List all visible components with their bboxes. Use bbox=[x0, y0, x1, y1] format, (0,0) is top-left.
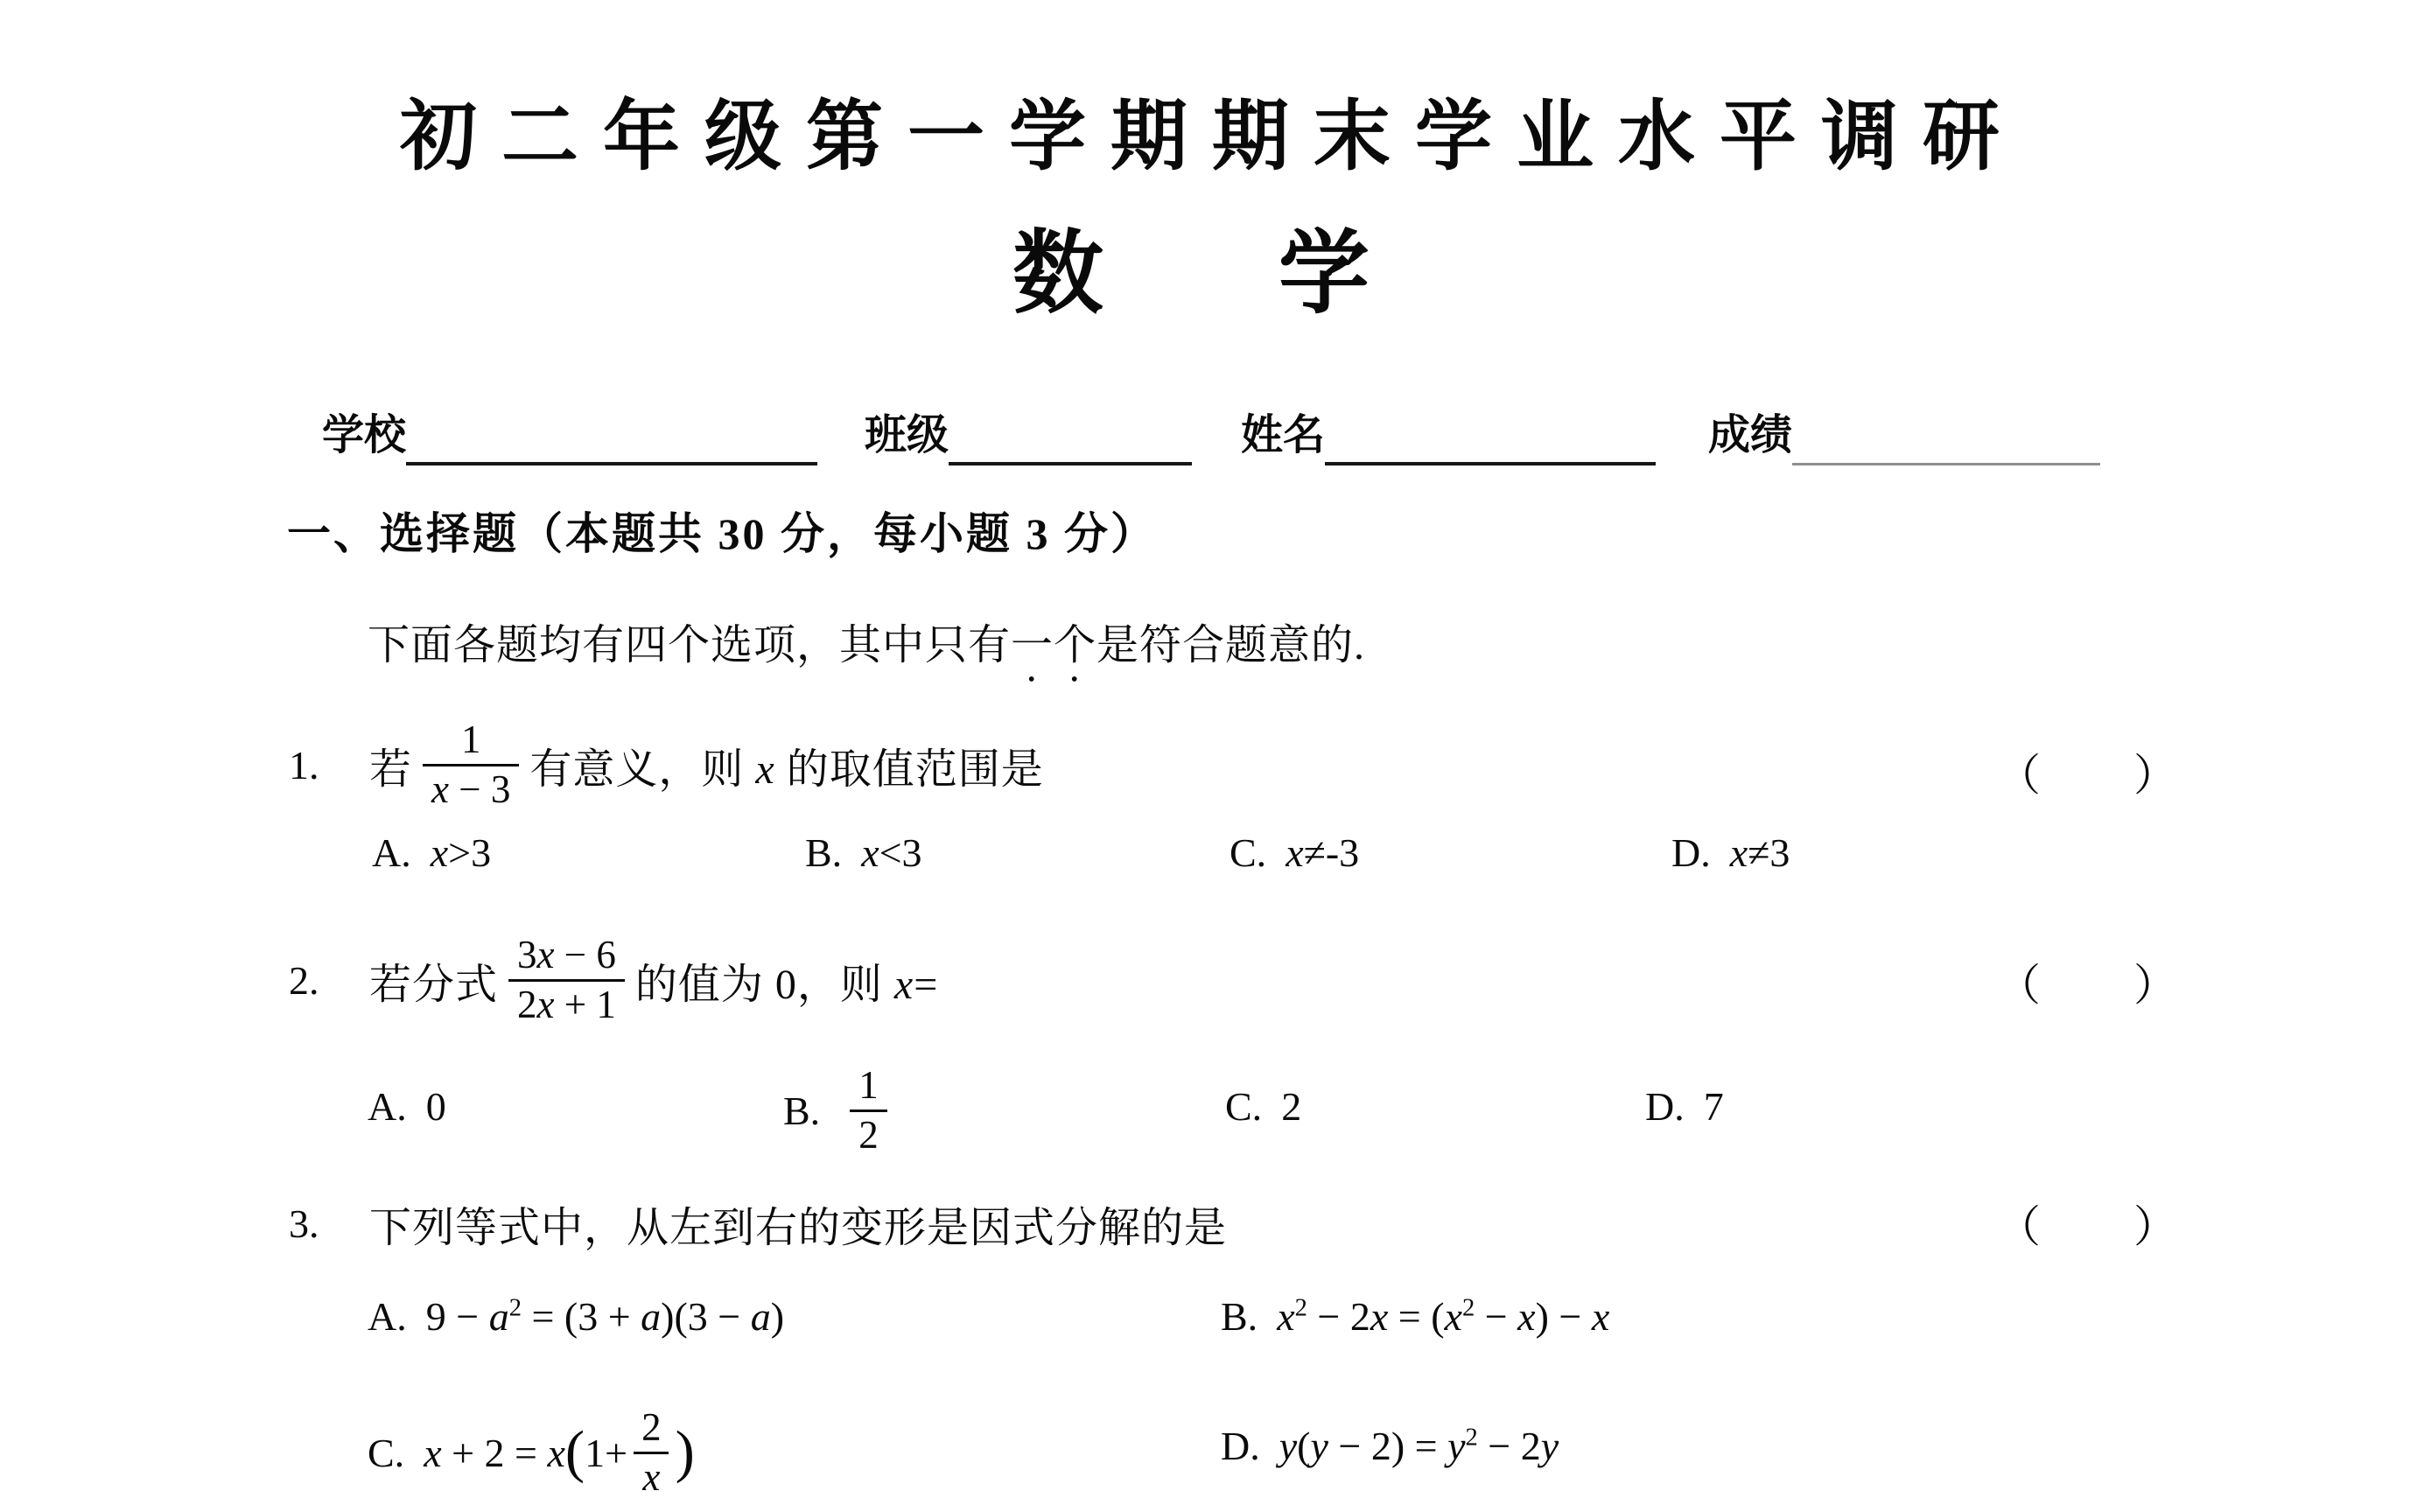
question-3-option-c[interactable]: C. x + 2 = x ( 1+ 2 x ) bbox=[368, 1393, 695, 1512]
question-1-answer-blank[interactable]: （ ） bbox=[1997, 740, 2179, 803]
instruction-pre: 下面各题均有四个选项，其中只有 bbox=[368, 622, 1011, 668]
option-value: y(y − 2) = y2 − 2y bbox=[1279, 1423, 1559, 1469]
question-2-option-c[interactable]: C. 2 bbox=[1225, 1083, 1301, 1130]
fraction-numerator: 1 bbox=[850, 1062, 887, 1109]
score-label: 成绩 bbox=[1708, 406, 1792, 465]
question-1-option-a[interactable]: A. x>3 bbox=[372, 829, 491, 876]
question-2-option-d[interactable]: D. 7 bbox=[1645, 1083, 1724, 1130]
fraction-denominator: x − 3 bbox=[423, 764, 519, 813]
option-value: x<3 bbox=[861, 829, 921, 876]
fraction: 1 2 bbox=[850, 1062, 887, 1158]
option-value: 0 bbox=[426, 1083, 446, 1130]
option-label: A. bbox=[368, 1083, 407, 1130]
question-3-stem-text: 下列等式中，从左到右的变形是因式分解的是 bbox=[369, 1193, 1227, 1254]
option-value: 9 − a2 = (3 + a)(3 − a) bbox=[426, 1293, 784, 1340]
fraction-denominator: 2 bbox=[850, 1109, 887, 1158]
school-blank-line[interactable] bbox=[406, 406, 817, 465]
fraction: 2 x bbox=[633, 1404, 670, 1500]
option-value: x≠3 bbox=[1730, 829, 1790, 876]
question-3-answer-blank[interactable]: （ ） bbox=[1997, 1192, 2179, 1255]
option-label: B. bbox=[1221, 1293, 1258, 1340]
instruction-emphasis: 一个 bbox=[1011, 622, 1096, 668]
question-1-stem: 1. 若 1 x − 3 有意义，则 x 的取值范围是 bbox=[289, 698, 1044, 831]
option-value-pre: x + 2 = x bbox=[424, 1430, 565, 1476]
exam-title: 初二年级第一学期期末学业水平调研 bbox=[0, 75, 2424, 185]
option-label: D. bbox=[1671, 829, 1711, 876]
question-2-stem-post: 的值为 0，则 x= bbox=[635, 950, 938, 1011]
class-field: 班级 bbox=[865, 401, 1192, 465]
question-1-number: 1. bbox=[289, 742, 369, 788]
subject-title: 数 学 bbox=[0, 199, 2424, 331]
question-1-stem-post: 有意义，则 x 的取值范围是 bbox=[529, 735, 1043, 795]
name-field: 姓名 bbox=[1241, 401, 1656, 465]
question-1-option-c[interactable]: C. x≠-3 bbox=[1230, 829, 1359, 876]
fraction-numerator: 1 bbox=[452, 717, 490, 763]
school-label: 学校 bbox=[322, 406, 406, 465]
question-2-option-a[interactable]: A. 0 bbox=[368, 1083, 446, 1130]
fraction: 3x − 6 2x + 1 bbox=[508, 932, 625, 1027]
question-1-option-b[interactable]: B. x<3 bbox=[805, 829, 922, 876]
instruction-line: 下面各题均有四个选项，其中只有一个是符合题意的. bbox=[368, 611, 1365, 691]
option-value: x≠-3 bbox=[1286, 829, 1359, 876]
option-label: B. bbox=[805, 829, 842, 876]
class-label: 班级 bbox=[865, 406, 949, 465]
option-label: A. bbox=[368, 1293, 407, 1340]
school-field: 学校 bbox=[322, 401, 817, 465]
question-1-stem-pre: 若 bbox=[369, 735, 412, 795]
fraction-numerator: 2 bbox=[633, 1404, 670, 1451]
option-value: 7 bbox=[1704, 1083, 1724, 1130]
option-label: D. bbox=[1645, 1083, 1685, 1130]
question-2-option-b[interactable]: B. 1 2 bbox=[783, 1054, 898, 1166]
option-label: B. bbox=[783, 1088, 820, 1134]
question-2-number: 2. bbox=[289, 957, 369, 1004]
question-1-option-d[interactable]: D. x≠3 bbox=[1671, 829, 1790, 876]
fraction-numerator: 3x − 6 bbox=[508, 932, 625, 978]
fraction: 1 x − 3 bbox=[423, 717, 519, 812]
score-blank-line[interactable] bbox=[1792, 407, 2100, 465]
option-label: D. bbox=[1221, 1423, 1260, 1469]
question-3-option-d[interactable]: D. y(y − 2) = y2 − 2y bbox=[1221, 1423, 1559, 1469]
exam-paper-page: 初二年级第一学期期末学业水平调研 数 学 学校 班级 姓名 成绩 一、选择题（本… bbox=[0, 0, 2424, 1512]
fraction-denominator: 2x + 1 bbox=[508, 979, 625, 1028]
option-label: C. bbox=[368, 1430, 404, 1476]
option-value: 2 bbox=[1281, 1083, 1301, 1130]
class-blank-line[interactable] bbox=[949, 406, 1192, 465]
name-blank-line[interactable] bbox=[1325, 406, 1656, 465]
fraction-denominator: x bbox=[634, 1452, 669, 1501]
option-label: C. bbox=[1225, 1083, 1262, 1130]
question-3-option-a[interactable]: A. 9 − a2 = (3 + a)(3 − a) bbox=[368, 1293, 784, 1340]
question-2-stem: 2. 若分式 3x − 6 2x + 1 的值为 0，则 x= bbox=[289, 910, 938, 1050]
question-2-stem-pre: 若分式 bbox=[369, 950, 498, 1011]
option-label: C. bbox=[1230, 829, 1266, 876]
question-3-option-b[interactable]: B. x2 − 2x = (x2 − x) − x bbox=[1221, 1293, 1609, 1340]
question-3-stem: 3. 下列等式中，从左到右的变形是因式分解的是 bbox=[289, 1195, 1227, 1251]
option-label: A. bbox=[372, 829, 411, 876]
name-label: 姓名 bbox=[1241, 406, 1325, 465]
question-3-number: 3. bbox=[289, 1200, 369, 1247]
section-heading: 一、选择题（本题共 30 分，每小题 3 分） bbox=[287, 499, 1157, 562]
score-field: 成绩 bbox=[1708, 401, 2100, 465]
question-2-answer-blank[interactable]: （ ） bbox=[1997, 950, 2179, 1013]
instruction-post: 是符合题意的. bbox=[1096, 622, 1365, 668]
option-value: x2 − 2x = (x2 − x) − x bbox=[1277, 1293, 1609, 1340]
option-value-mid: 1+ bbox=[585, 1430, 627, 1476]
option-value: x>3 bbox=[431, 829, 491, 876]
